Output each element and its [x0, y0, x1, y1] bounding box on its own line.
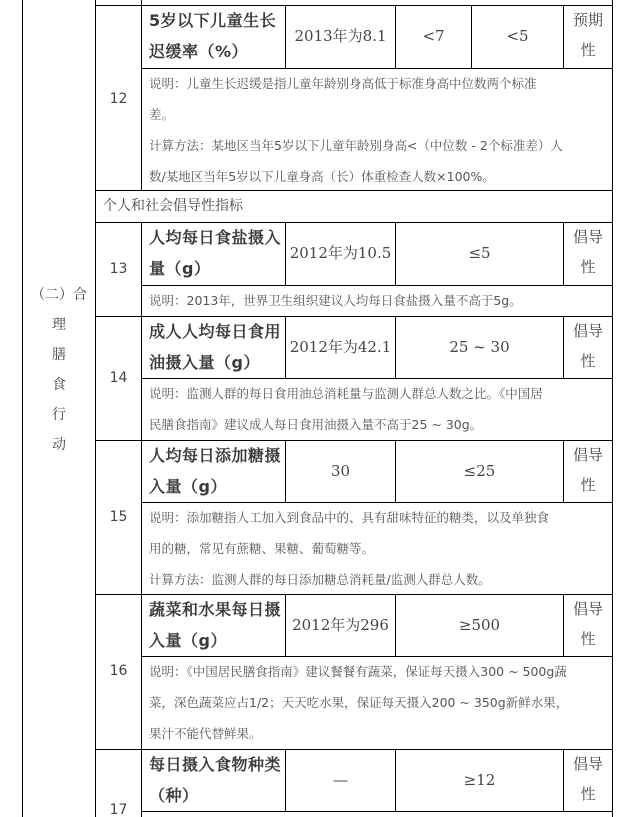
- baseline-value: 2012年为296: [286, 610, 395, 640]
- target-value: ≥500: [396, 610, 563, 640]
- row-index: 15: [96, 502, 141, 532]
- indicator-type-line: 性: [564, 346, 612, 376]
- section-header: 个人和社会倡导性指标: [103, 191, 603, 221]
- indicator-name-line: 入量（g）: [149, 471, 285, 502]
- indicator-type: 倡导 性: [564, 316, 612, 376]
- row-index: 16: [96, 656, 141, 686]
- description-line: 差。: [149, 99, 611, 130]
- description-line: 民膳食指南》建议成人每日食用油摄入量不高于25 ~ 30g。: [149, 409, 611, 440]
- index-column-divider: [141, 0, 142, 190]
- description-line: 说明：2013年，世界卫生组织建议人均每日食盐摄入量不高于5g。: [149, 285, 611, 316]
- row-divider: [141, 811, 613, 812]
- indicator-type: 倡导 性: [564, 594, 612, 654]
- description-line: 菜，深色蔬菜应占1/2；天天吃水果，保证每天摄入200 ~ 350g新鲜水果，: [149, 687, 611, 718]
- indicator-name-line: 迟缓率（%）: [149, 36, 285, 67]
- indicator-name-line: 油摄入量（g）: [149, 347, 285, 378]
- indicator-description: 说明：《中国居民膳食指南》建议餐餐有蔬菜，保证每天摄入300 ~ 500g蔬 菜…: [149, 656, 611, 749]
- row-index: 14: [96, 363, 141, 393]
- target-value: ≤5: [396, 238, 563, 268]
- baseline-value: 30: [286, 456, 395, 486]
- indicator-type-line: 性: [564, 779, 612, 809]
- indicator-description: 说明：儿童生长迟缓是指儿童年龄别身高低于标准身高中位数两个标准 差。 计算方法：…: [149, 68, 611, 192]
- baseline-value: 2012年为42.1: [286, 332, 395, 362]
- indicator-name-line: 人均每日添加糖摄: [149, 440, 285, 471]
- indicator-name-line: 入量（g）: [149, 625, 285, 656]
- category-label-line: 食: [22, 370, 96, 400]
- target-2020: <7: [396, 21, 471, 51]
- indicator-name: 人均每日添加糖摄 入量（g）: [149, 440, 285, 502]
- target-value: ≤25: [396, 456, 563, 486]
- indicator-name: 成人人均每日食用 油摄入量（g）: [149, 316, 285, 378]
- indicator-type: 预期 性: [564, 5, 612, 65]
- indicator-name: 5岁以下儿童生长 迟缓率（%）: [149, 5, 285, 67]
- baseline-value: 2012年为10.5: [286, 238, 395, 268]
- description-line: 数/某地区当年5岁以下儿童身高（长）体重检查人数×100%。: [149, 161, 611, 192]
- description-line: 计算方法：某地区当年5岁以下儿童年龄别身高<（中位数 - 2个标准差）人: [149, 130, 611, 161]
- indicator-type-line: 倡导: [564, 749, 612, 779]
- indicator-name-line: 量（g）: [149, 253, 285, 284]
- description-line: 说明：儿童生长迟缓是指儿童年龄别身高低于标准身高中位数两个标准: [149, 68, 611, 99]
- category-label: （二）合 理 膳 食 行 动: [22, 280, 96, 460]
- category-label-line: 动: [22, 430, 96, 460]
- indicator-name-line: 每日摄入食物种类: [149, 749, 285, 780]
- description-line: 计算方法：监测人群的每日添加糖总消耗量/监测人群总人数。: [149, 564, 611, 595]
- indicator-name: 蔬菜和水果每日摄 入量（g）: [149, 594, 285, 656]
- indicator-name-line: 成人人均每日食用: [149, 316, 285, 347]
- indicator-type-line: 性: [564, 35, 612, 65]
- indicator-type-line: 性: [564, 470, 612, 500]
- indicator-type-line: 预期: [564, 5, 612, 35]
- indicator-description: 说明：添加糖指人工加入到食品中的、具有甜味特征的糖类，以及单独食 用的糖，常见有…: [149, 502, 611, 595]
- indicator-type-line: 性: [564, 252, 612, 282]
- target-2030: <5: [472, 21, 563, 51]
- indicator-name: 每日摄入食物种类 （种）: [149, 749, 285, 811]
- indicator-name-line: 5岁以下儿童生长: [149, 5, 285, 36]
- target-value: 25 ~ 30: [396, 332, 563, 362]
- description-line: 果汁不能代替鲜果。: [149, 718, 611, 749]
- target-value: ≥12: [396, 765, 563, 795]
- description-line: 说明：《中国居民膳食指南》建议餐餐有蔬菜，保证每天摄入300 ~ 500g蔬: [149, 656, 611, 687]
- category-label-line: 理: [22, 310, 96, 340]
- indicator-name: 人均每日食盐摄入 量（g）: [149, 222, 285, 284]
- index-column-divider: [141, 222, 142, 817]
- row-index: 17: [96, 795, 141, 817]
- description-line: 说明：添加糖指人工加入到食品中的、具有甜味特征的糖类，以及单独食: [149, 502, 611, 533]
- indicator-type-line: 性: [564, 624, 612, 654]
- category-label-line: 行: [22, 400, 96, 430]
- indicator-type-line: 倡导: [564, 222, 612, 252]
- description-line: 用的糖，常见有蔗糖、果糖、葡萄糖等。: [149, 533, 611, 564]
- baseline-value: —: [286, 765, 395, 795]
- indicator-type-line: 倡导: [564, 440, 612, 470]
- category-label-line: （二）合: [22, 280, 96, 310]
- description-line: 说明：监测人群的每日食用油总消耗量与监测人群总人数之比。《中国居: [149, 378, 611, 409]
- indicator-name-line: （种）: [149, 780, 285, 811]
- indicator-type: 倡导 性: [564, 749, 612, 809]
- indicator-name-line: 人均每日食盐摄入: [149, 222, 285, 253]
- baseline-value: 2013年为8.1: [286, 21, 395, 51]
- row-index: 13: [96, 254, 141, 284]
- indicator-name-line: 蔬菜和水果每日摄: [149, 594, 285, 625]
- indicator-description: 说明：2013年，世界卫生组织建议人均每日食盐摄入量不高于5g。: [149, 285, 611, 316]
- indicator-type-line: 倡导: [564, 594, 612, 624]
- indicator-type: 倡导 性: [564, 222, 612, 282]
- row-index: 12: [96, 84, 141, 114]
- indicator-type: 倡导 性: [564, 440, 612, 500]
- indicator-description: 说明：监测人群的每日食用油总消耗量与监测人群总人数之比。《中国居 民膳食指南》建…: [149, 378, 611, 440]
- table-border-right: [612, 0, 613, 817]
- category-label-line: 膳: [22, 340, 96, 370]
- indicator-type-line: 倡导: [564, 316, 612, 346]
